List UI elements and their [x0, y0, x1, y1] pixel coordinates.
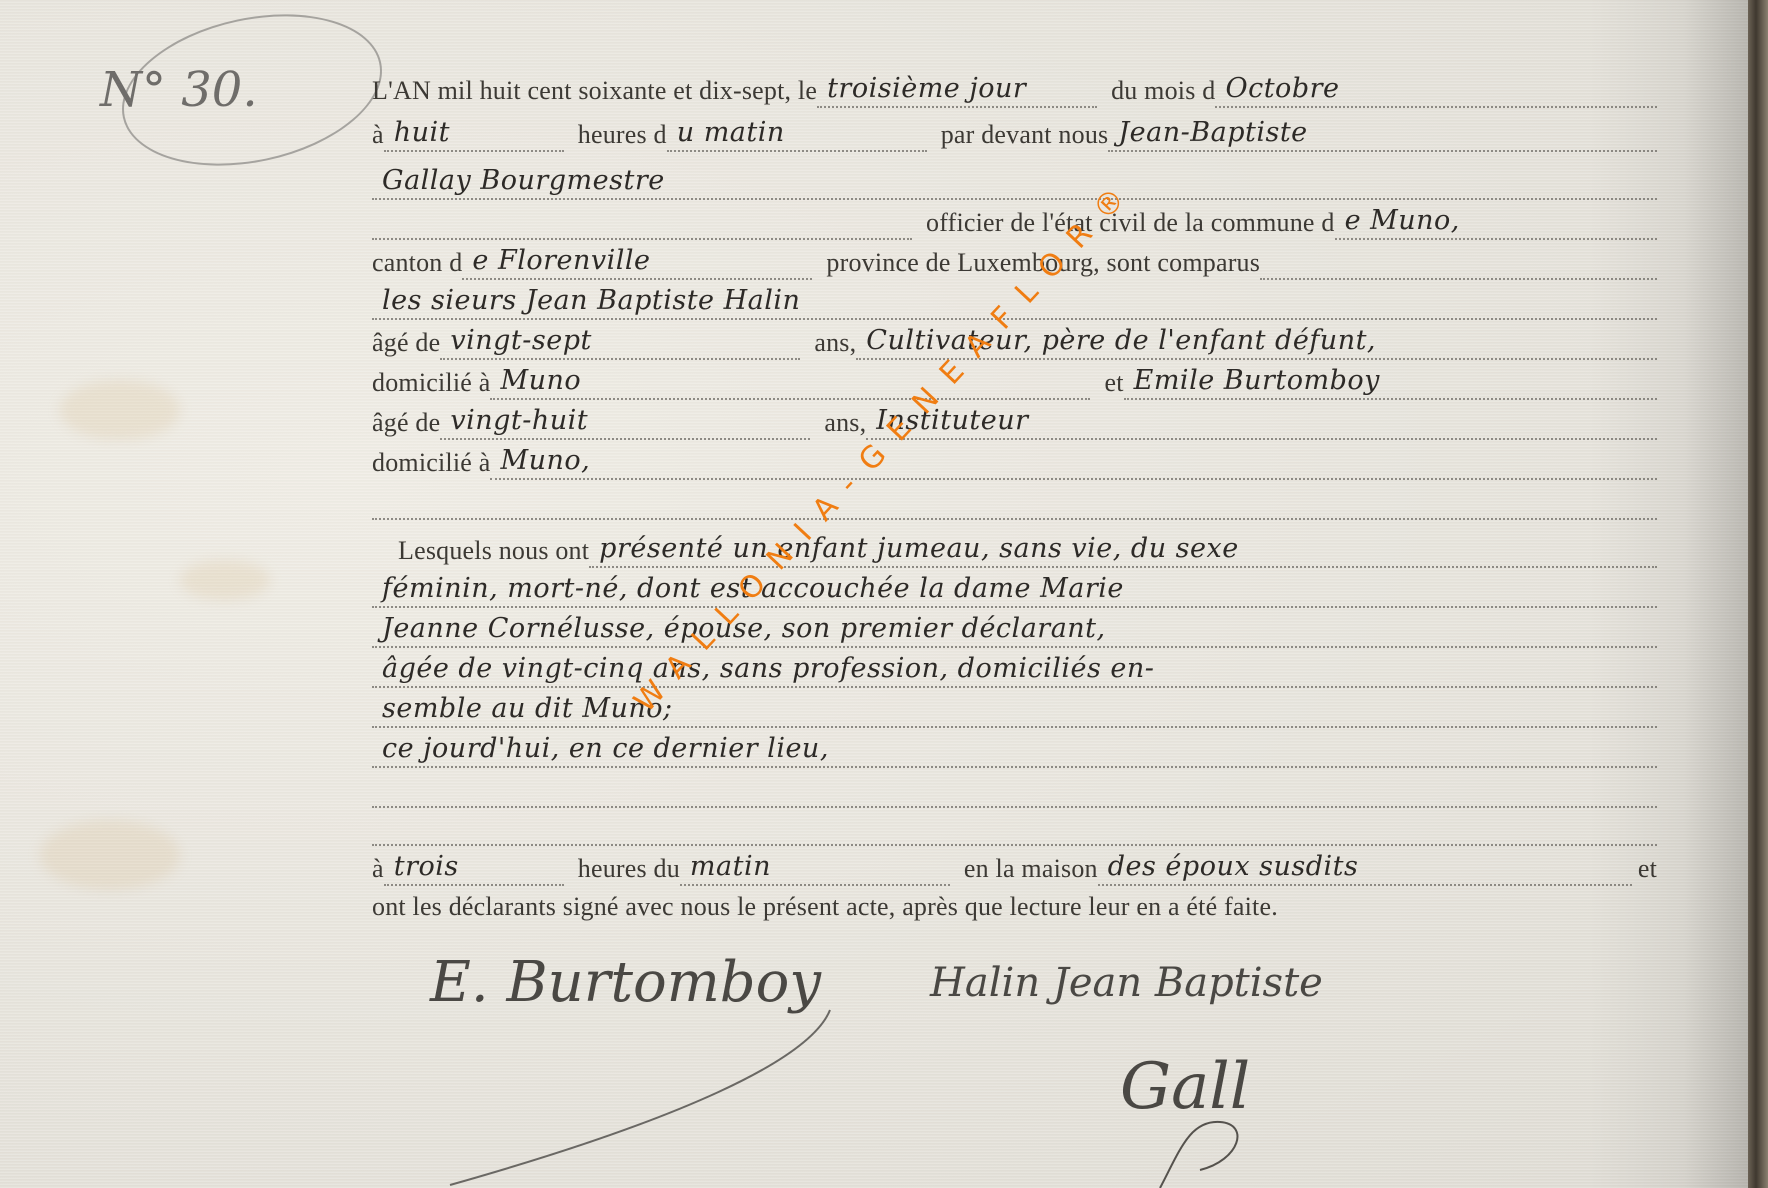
- field-death-period: matin: [680, 850, 950, 886]
- form-line-blank: [372, 480, 1657, 520]
- signature-gallay-paraph: [1130, 1110, 1290, 1188]
- printed-a: à: [372, 122, 384, 152]
- field-declarant2-age: vingt-huit: [440, 404, 810, 440]
- form-line-body-4: âgée de vingt-cinq ans, sans profession,…: [372, 648, 1657, 688]
- paper-stain: [60, 380, 180, 440]
- printed-officier: officier de l'état civil de la commune d: [926, 210, 1335, 240]
- field-declarant2-domicile: Muno,: [490, 444, 1657, 480]
- form-line-commune: officier de l'état civil de la commune d…: [372, 200, 1657, 240]
- field-period: u matin: [667, 116, 927, 152]
- printed-heures: heures d: [578, 122, 667, 152]
- printed-age: âgé de: [372, 330, 440, 360]
- field-blank: [372, 810, 1657, 846]
- field-body-line: ce jourd'hui, en ce dernier lieu,: [372, 732, 1657, 768]
- printed-closing: ont les déclarants signé avec nous le pr…: [372, 894, 1278, 924]
- paper-stain: [40, 820, 180, 890]
- field-officer-name: Jean-Baptiste: [1108, 116, 1657, 152]
- book-binding: [1748, 0, 1768, 1188]
- handwritten-hour: huit: [394, 119, 450, 150]
- form-line-body-5: semble au dit Muno;: [372, 688, 1657, 728]
- handwritten-officer-name: Jean-Baptiste: [1118, 119, 1307, 150]
- signature-flourish: [430, 1000, 850, 1188]
- form-line-hour: à huit heures d u matin par devant nous …: [372, 112, 1657, 152]
- form-line-body-3: Jeanne Cornélusse, épouse, son premier d…: [372, 608, 1657, 648]
- handwritten-month: Octobre: [1225, 75, 1339, 106]
- field-blank: [372, 204, 912, 240]
- field-blank: [372, 484, 1657, 520]
- handwritten-house: des époux susdits: [1108, 853, 1359, 884]
- handwritten-period: u matin: [677, 119, 785, 150]
- field-officer-title: Gallay Bourgmestre: [372, 164, 1657, 200]
- printed-a: à: [372, 856, 384, 886]
- handwritten-death-period: matin: [690, 853, 771, 884]
- paper-stain: [180, 560, 270, 600]
- field-death-hour: trois: [384, 850, 564, 886]
- handwritten-body-line: ce jourd'hui, en ce dernier lieu,: [382, 735, 829, 766]
- printed-maison: en la maison: [964, 856, 1098, 886]
- field-month: Octobre: [1215, 72, 1657, 108]
- handwritten-body-line: présenté un enfant jumeau, sans vie, du …: [599, 535, 1239, 566]
- printed-domicile: domicilié à: [372, 450, 490, 480]
- handwritten-day: troisième jour: [827, 75, 1026, 106]
- form-line-blank: [372, 806, 1657, 846]
- handwritten-declarant1-occupation: Cultivateur, père de l'enfant défunt,: [866, 327, 1376, 358]
- printed-canton: canton d: [372, 250, 462, 280]
- form-line-closing: ont les déclarants signé avec nous le pr…: [372, 884, 1657, 924]
- field-house: des époux susdits: [1098, 850, 1632, 886]
- form-line-declarant2-age: âgé de vingt-huit ans, Instituteur: [372, 400, 1657, 440]
- printed-age: âgé de: [372, 410, 440, 440]
- printed-lesquels: Lesquels nous ont: [372, 538, 589, 568]
- register-page: N° 30. L'AN mil huit cent soixante et di…: [0, 0, 1748, 1188]
- field-canton: e Florenville: [462, 244, 812, 280]
- handwritten-declarant2-domicile: Muno,: [500, 447, 590, 478]
- form-line-declarant2-domicile: domicilié à Muno,: [372, 440, 1657, 480]
- field-blank: [1260, 244, 1657, 280]
- handwritten-body-line: semble au dit Muno;: [382, 695, 673, 726]
- handwritten-declarant2-name: Emile Burtomboy: [1134, 367, 1380, 398]
- field-declarant2-name: Emile Burtomboy: [1124, 364, 1657, 400]
- handwritten-declarant1-name: les sieurs Jean Baptiste Halin: [382, 287, 800, 318]
- handwritten-canton: e Florenville: [472, 247, 650, 278]
- field-body-line: semble au dit Muno;: [372, 692, 1657, 728]
- act-number: N° 30.: [100, 62, 258, 118]
- form-line-body-1: Lesquels nous ont présenté un enfant jum…: [372, 528, 1657, 568]
- handwritten-officer-title: Gallay Bourgmestre: [382, 167, 665, 198]
- handwritten-body-line: âgée de vingt-cinq ans, sans profession,…: [382, 655, 1154, 686]
- field-day: troisième jour: [817, 72, 1097, 108]
- field-declarant1-domicile: Muno: [490, 364, 1090, 400]
- field-blank: [372, 772, 1657, 808]
- form-line-body-6: ce jourd'hui, en ce dernier lieu,: [372, 728, 1657, 768]
- printed-par-devant: par devant nous: [941, 122, 1109, 152]
- form-line-officer: Gallay Bourgmestre: [372, 160, 1657, 200]
- handwritten-commune: e Muno,: [1345, 207, 1460, 238]
- printed-heures: heures du: [578, 856, 680, 886]
- printed-et: et: [1104, 370, 1123, 400]
- form-line-date: L'AN mil huit cent soixante et dix-sept,…: [372, 68, 1657, 108]
- form-line-time-place: à trois heures du matin en la maison des…: [372, 846, 1657, 886]
- form-line-body-2: féminin, mort-né, dont est accouchée la …: [372, 568, 1657, 608]
- field-body-line: Jeanne Cornélusse, épouse, son premier d…: [372, 612, 1657, 648]
- handwritten-declarant1-age: vingt-sept: [450, 327, 592, 358]
- printed-domicile: domicilié à: [372, 370, 490, 400]
- signature-halin: Halin Jean Baptiste: [930, 960, 1323, 1006]
- form-line-declarant1-domicile: domicilié à Muno et Emile Burtomboy: [372, 360, 1657, 400]
- field-declarant1-age: vingt-sept: [440, 324, 800, 360]
- field-body-line: féminin, mort-né, dont est accouchée la …: [372, 572, 1657, 608]
- handwritten-death-hour: trois: [394, 853, 459, 884]
- field-commune: e Muno,: [1335, 204, 1657, 240]
- field-body-line: âgée de vingt-cinq ans, sans profession,…: [372, 652, 1657, 688]
- field-declarant2-occupation: Instituteur: [866, 404, 1657, 440]
- handwritten-declarant1-domicile: Muno: [500, 367, 581, 398]
- printed-intro: L'AN mil huit cent soixante et dix-sept,…: [372, 78, 817, 108]
- form-line-blank: [372, 768, 1657, 808]
- printed-month-label: du mois d: [1111, 78, 1215, 108]
- printed-ans: ans,: [814, 330, 856, 360]
- field-hour: huit: [384, 116, 564, 152]
- printed-et: et: [1632, 856, 1657, 886]
- printed-ans: ans,: [824, 410, 866, 440]
- handwritten-declarant2-age: vingt-huit: [450, 407, 588, 438]
- form-line-canton: canton d e Florenville province de Luxem…: [372, 240, 1657, 280]
